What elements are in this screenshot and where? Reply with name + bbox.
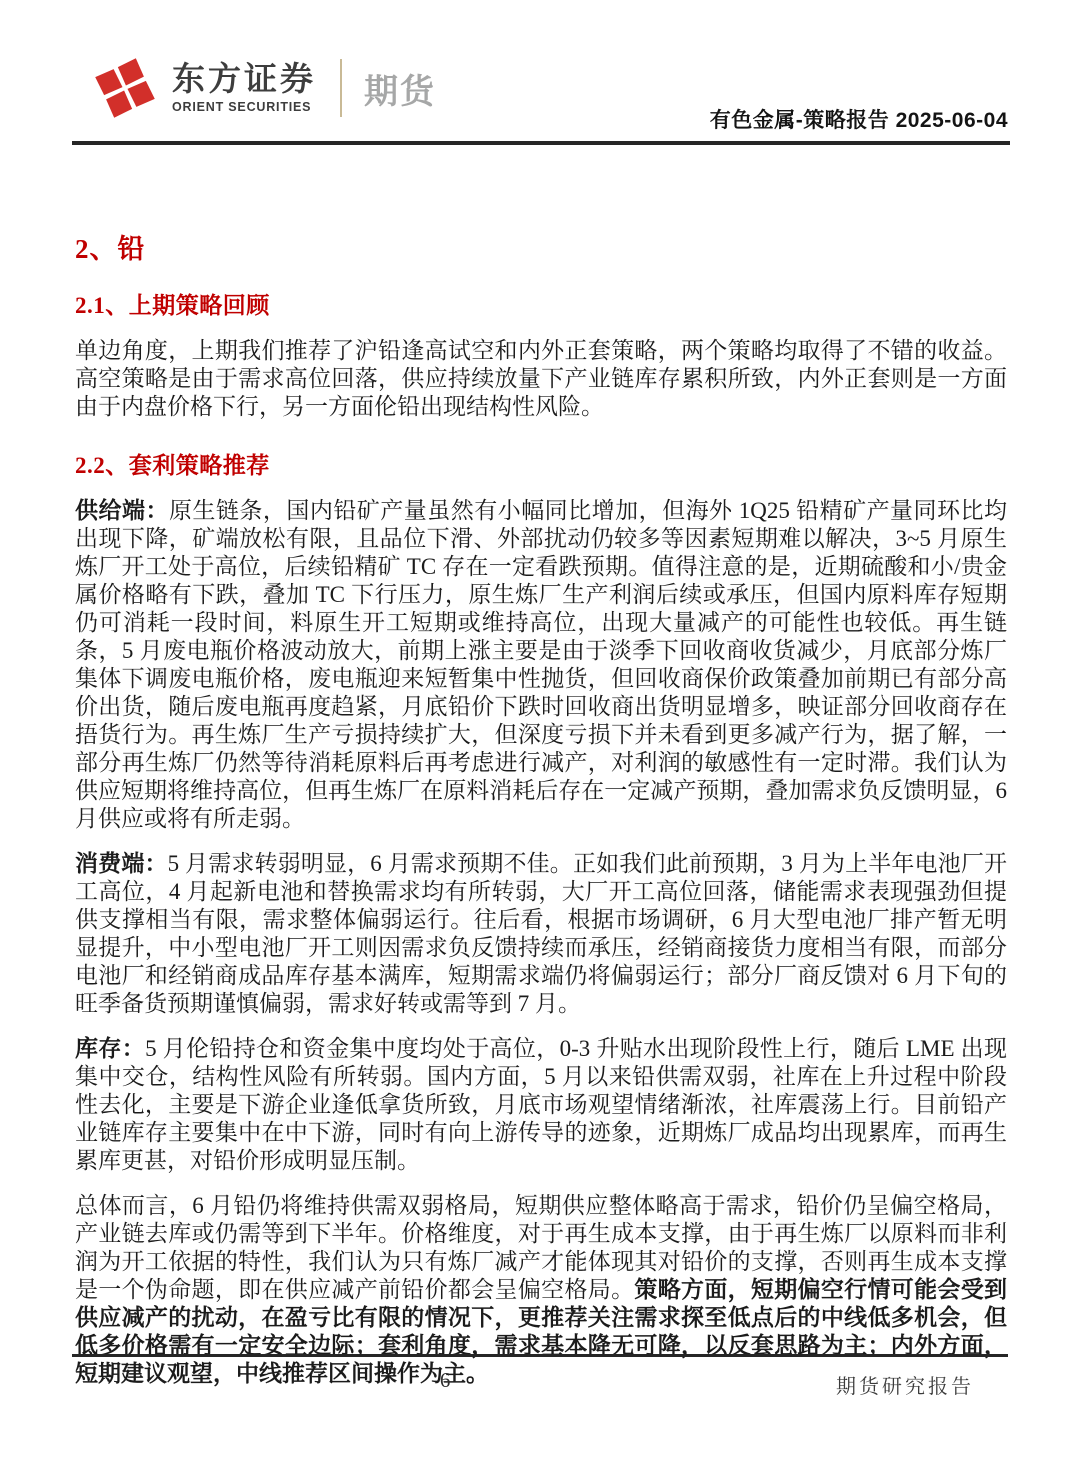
paragraph-consumption: 消费端：5 月需求转弱明显，6 月需求预期不佳。正如我们此前预期，3 月为上半年…: [75, 850, 1007, 1018]
page-footer: 6 期货研究报告: [72, 1354, 1008, 1402]
paragraph-supply: 供给端：原生链条，国内铅矿产量虽然有小幅同比增加，但海外 1Q25 铅精矿产量同…: [75, 497, 1007, 833]
report-body: 2、铅 2.1、上期策略回顾 单边角度，上期我们推荐了沪铅逢高试空和内外正套策略…: [75, 227, 1007, 1405]
subsection-title-review: 2.1、上期策略回顾: [75, 287, 1007, 320]
paragraph-inventory-text: 5 月伦铅持仓和资金集中度均处于高位，0-3 升贴水出现阶段性上行，随后 LME…: [75, 1036, 1007, 1173]
orient-securities-logo-icon: [92, 55, 158, 121]
paragraph-review: 单边角度，上期我们推荐了沪铅逢高试空和内外正套策略，两个策略均取得了不错的收益。…: [75, 337, 1007, 421]
brand-logo: 东方证券 ORIENT SECURITIES 期货: [92, 52, 436, 124]
paragraph-supply-text: 原生链条，国内铅矿产量虽然有小幅同比增加，但海外 1Q25 铅精矿产量同环比均出…: [75, 498, 1007, 831]
division-label: 期货: [364, 64, 436, 113]
report-page: 东方证券 ORIENT SECURITIES 期货 有色金属-策略报告 2025…: [0, 0, 1080, 1466]
footer-row: 6 期货研究报告: [72, 1368, 1008, 1402]
brand-name-en: ORIENT SECURITIES: [172, 100, 316, 114]
footer-report-type: 期货研究报告: [836, 1370, 974, 1399]
brand-name-cn: 东方证券: [172, 62, 316, 97]
brand-divider: [340, 59, 342, 117]
page-number: 6: [440, 1368, 451, 1393]
paragraph-supply-label: 供给端：: [75, 498, 169, 523]
subsection-title-strategy: 2.2、套利策略推荐: [75, 447, 1007, 480]
paragraph-inventory-label: 库存：: [75, 1036, 145, 1061]
footer-rule: [72, 1354, 1008, 1357]
report-category-date: 有色金属-策略报告 2025-06-04: [710, 104, 1008, 134]
page-header: 东方证券 ORIENT SECURITIES 期货 有色金属-策略报告 2025…: [72, 0, 1010, 145]
brand-name: 东方证券 ORIENT SECURITIES: [172, 62, 316, 114]
paragraph-consumption-text: 5 月需求转弱明显，6 月需求预期不佳。正如我们此前预期，3 月为上半年电池厂开…: [75, 851, 1007, 1016]
section-title: 2、铅: [75, 227, 1007, 266]
paragraph-consumption-label: 消费端：: [75, 851, 168, 876]
paragraph-inventory: 库存：5 月伦铅持仓和资金集中度均处于高位，0-3 升贴水出现阶段性上行，随后 …: [75, 1035, 1007, 1175]
